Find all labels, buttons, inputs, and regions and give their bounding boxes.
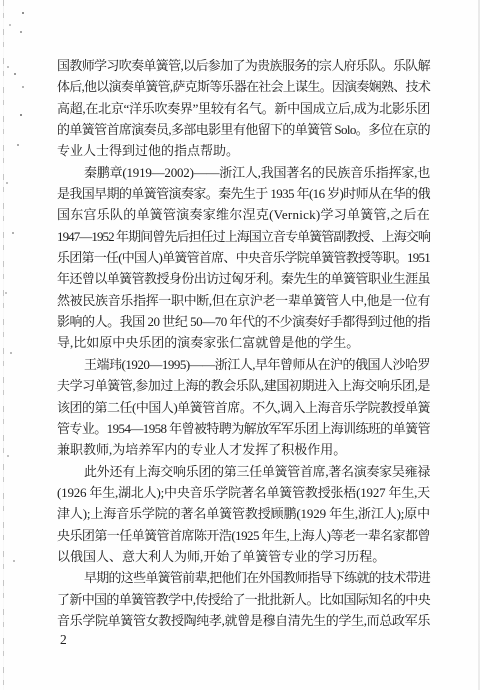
text-line-content: 乐团第一任(中国人)单簧管首席、中央音乐学院单簧管教授等职。1951 — [57, 247, 430, 268]
text-line-content: 了新中国的单簧管教学中,传授给了一批批新人。比如国际知名的中央 — [57, 589, 430, 610]
text-line: 了新中国的单簧管教学中,传授给了一批批新人。比如国际知名的中央 — [57, 589, 430, 610]
paragraph-wang-duanwei: 王端玮(1920—1995)——浙江人,早年曾师从在沪的俄国人沙哈罗 夫学习单簧… — [57, 354, 430, 461]
scan-artifact-speckles — [0, 0, 2, 2]
text-line-content: 国东宫乐队的单簧管演奏家维尔涅克(Vernick)学习单簧管,之后在 — [57, 204, 430, 225]
text-line-content: 津人);上海音乐学院的著名单簧管教授顾鹏(1929 年生,浙江人);原中 — [57, 503, 430, 524]
text-line: 高超,在北京“洋乐吹奏界”里较有名气。新中国成立后,成为北影乐团 — [57, 98, 430, 119]
text-line-content: 秦鹏章(1919—2002)——浙江人,我国著名的民族音乐指挥家,也 — [84, 162, 430, 183]
text-line: 乐团第一任(中国人)单簧管首席、中央音乐学院单簧管教授等职。1951 — [57, 247, 430, 268]
text-line-content: 年还曾以单簧管教授身份出访过匈牙利。秦先生的单簧管职业生涯虽 — [57, 268, 430, 289]
text-line-content: 管专业。1954—1958 年曾被特聘为解放军军乐团上海训练班的单簧管 — [57, 418, 430, 439]
text-line-content: 专业人士得到过他的指点帮助。 — [57, 140, 239, 161]
text-line: 影响的人。我国 20 世纪 50—70 年代的不少演奏好手都得到过他的指 — [57, 311, 430, 332]
text-line: 然被民族音乐指挥一职中断,但在京沪老一辈单簧管人中,他是一位有 — [57, 290, 430, 311]
text-line-content: 王端玮(1920—1995)——浙江人,早年曾师从在沪的俄国人沙哈罗 — [84, 354, 430, 375]
text-line-content: 然被民族音乐指挥一职中断,但在京沪老一辈单簧管人中,他是一位有 — [57, 290, 430, 311]
text-line: 专业人士得到过他的指点帮助。 — [57, 140, 430, 161]
text-line: 该团的第二任(中国人)单簧管首席。不久,调入上海音乐学院教授单簧 — [57, 397, 430, 418]
text-line-content: 兼职教师,为培养军内的专业人才发挥了积极作用。 — [57, 439, 346, 460]
text-line: 津人);上海音乐学院的著名单簧管教授顾鹏(1929 年生,浙江人);原中 — [57, 503, 430, 524]
text-line-content: 音乐学院单簧管女教授陶纯孝,就曾是穆自清先生的学生,而总政军乐 — [57, 610, 430, 631]
text-line-content: 国教师学习吹奏单簧管,以后参加了为贵族服务的宗人府乐队。乐队解 — [57, 55, 430, 76]
text-line-content: 夫学习单簧管,参加过上海的教会乐队,建国初期进入上海交响乐团,是 — [57, 375, 430, 396]
body-text: 国教师学习吹奏单簧管,以后参加了为贵族服务的宗人府乐队。乐队解 体后,他以演奏单… — [57, 55, 430, 631]
text-line: 是我国早期的单簧管演奏家。秦先生于 1935 年(16 岁)时师从在华的俄 — [57, 183, 430, 204]
paragraph-other-masters: 此外还有上海交响乐团的第三任单簧管首席,著名演奏家吴雍禄 (1926 年生,湖北… — [57, 461, 430, 568]
text-line-content: 央乐团第一任单簧管首席陈开浩(1925 年生,上海人)等老一辈名家都曾 — [57, 525, 430, 546]
text-line: 国东宫乐队的单簧管演奏家维尔涅克(Vernick)学习单簧管,之后在 — [57, 204, 430, 225]
text-line-content: (1926 年生,湖北人);中央音乐学院著名单簧管教授张梧(1927 年生,天 — [57, 482, 430, 503]
paragraph-early-pioneers: 早期的这些单簧管前辈,把他们在外国教师指导下练就的技术带进 了新中国的单簧管教学… — [57, 567, 430, 631]
text-line-content: 体后,他以演奏单簧管,萨克斯等乐器在社会上谋生。因演奏娴熟、技术 — [57, 76, 430, 97]
text-line: 此外还有上海交响乐团的第三任单簧管首席,著名演奏家吴雍禄 — [57, 461, 430, 482]
page-number: 2 — [60, 632, 67, 648]
text-line: 夫学习单簧管,参加过上海的教会乐队,建国初期进入上海交响乐团,是 — [57, 375, 430, 396]
text-line: 央乐团第一任单簧管首席陈开浩(1925 年生,上海人)等老一辈名家都曾 — [57, 525, 430, 546]
text-line: 兼职教师,为培养军内的专业人才发挥了积极作用。 — [57, 439, 430, 460]
text-line-content: 的单簧管首席演奏员,多部电影里有他留下的单簧管 Solo。多位在京的 — [57, 119, 430, 140]
text-line: 王端玮(1920—1995)——浙江人,早年曾师从在沪的俄国人沙哈罗 — [57, 354, 430, 375]
scan-artifact-left-edge — [3, 0, 4, 690]
text-line-content: 以俄国人、意大利人为师,开始了单簧管专业的学习历程。 — [57, 546, 385, 567]
text-line: 导,比如原中央乐团的演奏家张仁富就曾是他的学生。 — [57, 332, 430, 353]
paragraph-continuation: 国教师学习吹奏单簧管,以后参加了为贵族服务的宗人府乐队。乐队解 体后,他以演奏单… — [57, 55, 430, 162]
text-line: 年还曾以单簧管教授身份出访过匈牙利。秦先生的单簧管职业生涯虽 — [57, 268, 430, 289]
text-line: 的单簧管首席演奏员,多部电影里有他留下的单簧管 Solo。多位在京的 — [57, 119, 430, 140]
text-line-content: 1947—1952 年期间曾先后担任过上海国立音专单簧管副教授、上海交响 — [57, 226, 430, 247]
text-line: 体后,他以演奏单簧管,萨克斯等乐器在社会上谋生。因演奏娴熟、技术 — [57, 76, 430, 97]
scanned-book-page: 国教师学习吹奏单簧管,以后参加了为贵族服务的宗人府乐队。乐队解 体后,他以演奏单… — [0, 0, 480, 690]
text-line: 1947—1952 年期间曾先后担任过上海国立音专单簧管副教授、上海交响 — [57, 226, 430, 247]
text-line: 国教师学习吹奏单簧管,以后参加了为贵族服务的宗人府乐队。乐队解 — [57, 55, 430, 76]
text-line-content: 导,比如原中央乐团的演奏家张仁富就曾是他的学生。 — [57, 332, 359, 353]
text-line-content: 是我国早期的单簧管演奏家。秦先生于 1935 年(16 岁)时师从在华的俄 — [57, 183, 430, 204]
paragraph-qin-pengzhang: 秦鹏章(1919—2002)——浙江人,我国著名的民族音乐指挥家,也 是我国早期… — [57, 162, 430, 354]
text-line-content: 高超,在北京“洋乐吹奏界”里较有名气。新中国成立后,成为北影乐团 — [57, 98, 430, 119]
text-line: 管专业。1954—1958 年曾被特聘为解放军军乐团上海训练班的单簧管 — [57, 418, 430, 439]
text-line: (1926 年生,湖北人);中央音乐学院著名单簧管教授张梧(1927 年生,天 — [57, 482, 430, 503]
text-line-content: 该团的第二任(中国人)单簧管首席。不久,调入上海音乐学院教授单簧 — [57, 397, 430, 418]
text-line: 以俄国人、意大利人为师,开始了单簧管专业的学习历程。 — [57, 546, 430, 567]
text-line: 音乐学院单簧管女教授陶纯孝,就曾是穆自清先生的学生,而总政军乐 — [57, 610, 430, 631]
text-line: 早期的这些单簧管前辈,把他们在外国教师指导下练就的技术带进 — [57, 567, 430, 588]
text-line-content: 早期的这些单簧管前辈,把他们在外国教师指导下练就的技术带进 — [84, 567, 430, 588]
text-line-content: 此外还有上海交响乐团的第三任单簧管首席,著名演奏家吴雍禄 — [84, 461, 430, 482]
text-line: 秦鹏章(1919—2002)——浙江人,我国著名的民族音乐指挥家,也 — [57, 162, 430, 183]
text-line-content: 影响的人。我国 20 世纪 50—70 年代的不少演奏好手都得到过他的指 — [57, 311, 430, 332]
